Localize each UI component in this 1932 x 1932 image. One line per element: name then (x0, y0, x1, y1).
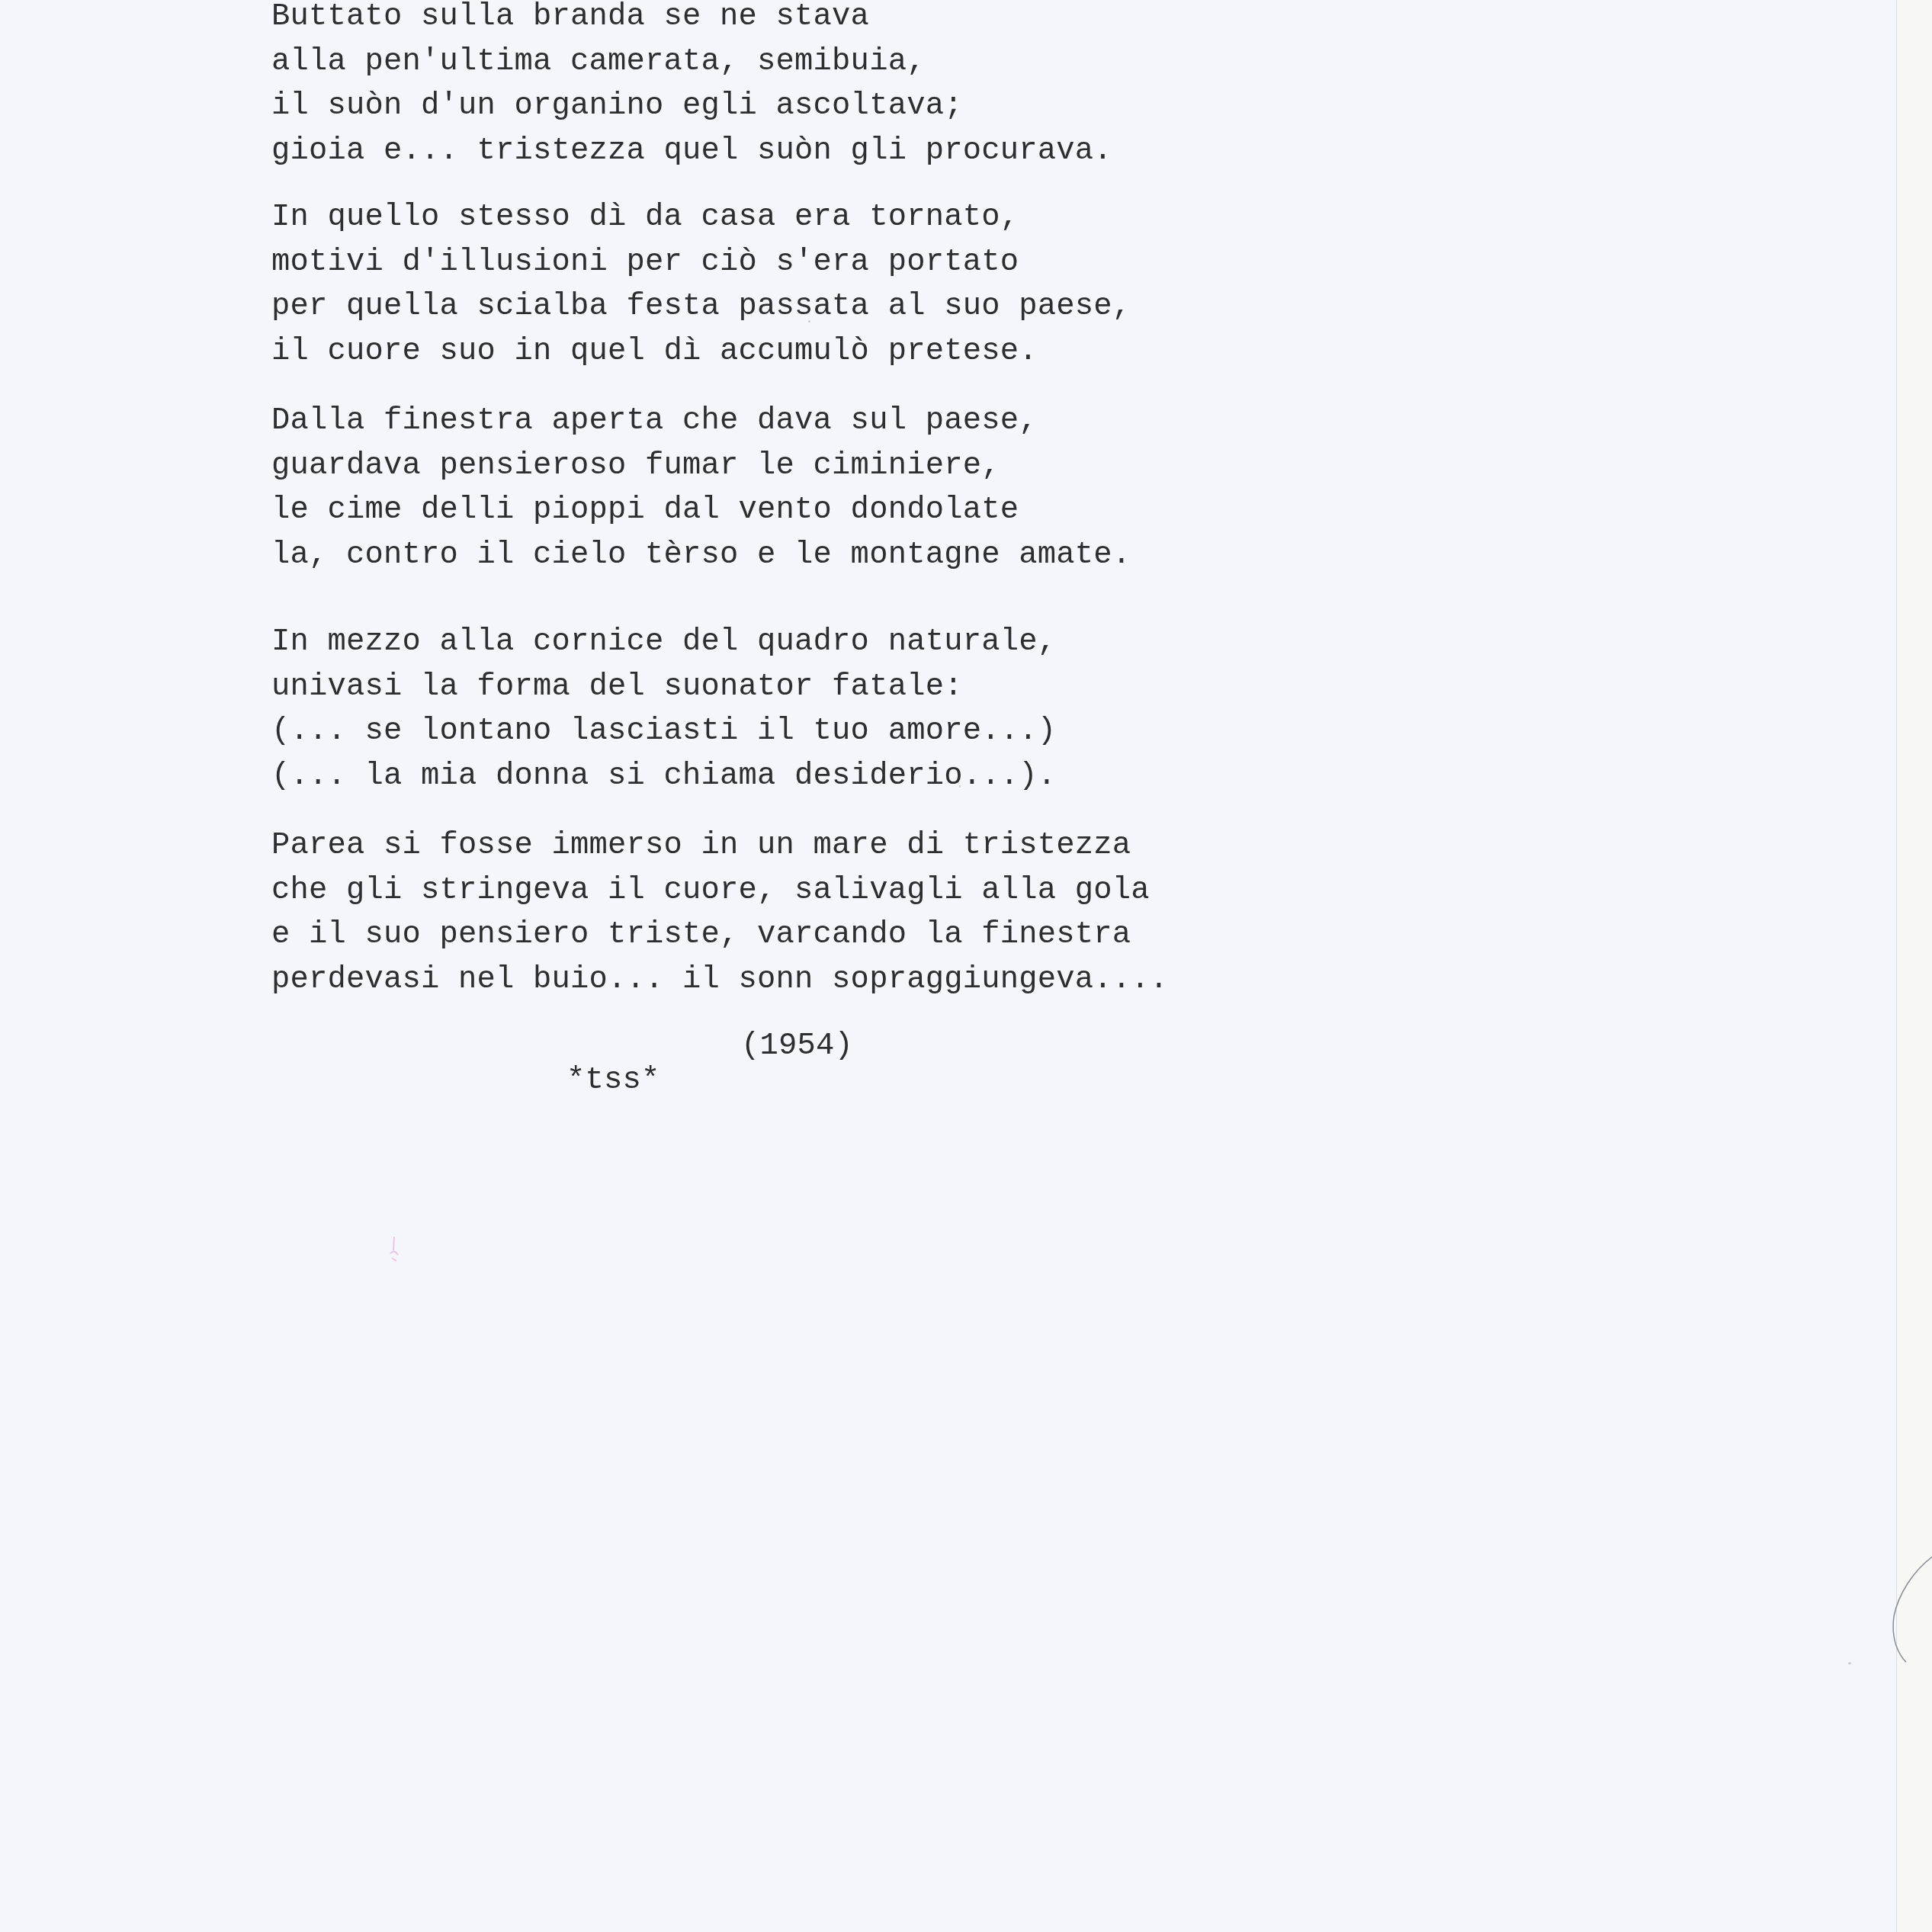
poem-line: il cuore suo in quel dì accumulò pretese… (271, 335, 1131, 380)
poem-line: In quello stesso dì da casa era tornato, (271, 201, 1131, 246)
stanza-1: Buttato sulla branda se ne stava alla pe… (271, 0, 1112, 178)
paper-speck (1848, 1662, 1851, 1664)
poem-line: Parea si fosse immerso in un mare di tri… (271, 829, 1168, 874)
poem-line: perdevasi nel buio... il sonn sopraggiun… (271, 963, 1168, 1008)
poem-line: e il suo pensiero triste, varcando la fi… (271, 918, 1168, 963)
author-initials: *tss* (566, 1063, 660, 1098)
poem-line: gioia e... tristezza quel suòn gli procu… (271, 134, 1112, 179)
paper-curl-line-icon (1883, 1555, 1932, 1677)
paper-speck (959, 785, 961, 788)
poem-line: motivi d'illusioni per ciò s'era portato (271, 246, 1131, 290)
poem-line: (... la mia donna si chiama desiderio...… (271, 759, 1056, 804)
paper-page: Buttato sulla branda se ne stava alla pe… (0, 0, 1896, 1932)
ink-smudge-icon (389, 1235, 400, 1263)
poem-line: Dalla finestra aperta che dava sul paese… (271, 404, 1131, 449)
poem-line: la, contro il cielo tèrso e le montagne … (271, 538, 1131, 583)
poem-line: per quella scialba festa passata al suo … (271, 290, 1131, 335)
poem-line: il suòn d'un organino egli ascoltava; (271, 89, 1112, 134)
stanza-5: Parea si fosse immerso in un mare di tri… (271, 829, 1168, 1007)
stanza-3: Dalla finestra aperta che dava sul paese… (271, 404, 1131, 582)
signature: *tss* (1954) (454, 1029, 660, 1167)
poem-line: Buttato sulla branda se ne stava (271, 0, 1112, 45)
stanza-2: In quello stesso dì da casa era tornato,… (271, 201, 1131, 379)
year: (1954) (741, 1029, 853, 1064)
poem-line: alla pen'ultima camerata, semibuia, (271, 45, 1112, 90)
poem-line: le cime delli pioppi dal vento dondolate (271, 493, 1131, 538)
poem-line: guardava pensieroso fumar le ciminiere, (271, 449, 1131, 494)
stanza-4: In mezzo alla cornice del quadro natural… (271, 625, 1056, 804)
poem-line: che gli stringeva il cuore, salivagli al… (271, 874, 1168, 919)
poem-line: In mezzo alla cornice del quadro natural… (271, 625, 1056, 670)
poem-line: (... se lontano lasciasti il tuo amore..… (271, 714, 1056, 759)
paper-speck (808, 320, 810, 323)
poem-line: univasi la forma del suonator fatale: (271, 670, 1056, 715)
